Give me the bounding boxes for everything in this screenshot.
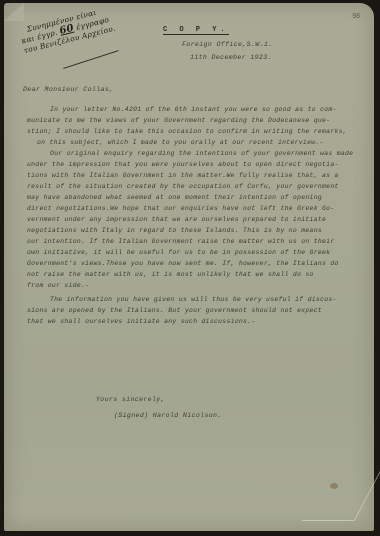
- closing: Yours sincerely,: [96, 396, 165, 404]
- page-number: 98: [352, 13, 360, 20]
- body-line: that we shall ourselves initiate any suc…: [27, 316, 367, 327]
- handwritten-underline: [63, 50, 118, 69]
- signature: (Signed) Harold Nicolson.: [114, 412, 222, 420]
- body-line: stion; I should like to take this occasi…: [27, 126, 367, 137]
- paper-crease: [301, 470, 380, 521]
- handwritten-annotation: Συνημμένον είναι και έγγρ. 60 έγγραφο το…: [18, 0, 132, 56]
- body-line: municate to me the views of your Governm…: [27, 115, 367, 126]
- letter-body: In your letter No.4201 of the 6th instan…: [27, 104, 367, 327]
- body-line: on this subject, which I made to you ora…: [27, 137, 367, 148]
- body-line: tions with the Italian Government in the…: [27, 170, 367, 181]
- body-line: under the impression that you were yours…: [27, 159, 367, 170]
- letter-date: 11th December 1923.: [190, 54, 272, 62]
- body-line: sions are opened by the Italians. But yo…: [27, 305, 367, 316]
- body-line: Our original enquiry regarding the inten…: [27, 148, 367, 159]
- document-page: 98 Συνημμένον είναι και έγγρ. 60 έγγραφο…: [4, 3, 374, 531]
- body-line: direct negotiations.We hope that our enq…: [27, 203, 367, 214]
- body-line: own initiative, it will be useful for us…: [27, 247, 367, 258]
- salutation: Dear Monsieur Collas,: [23, 86, 113, 94]
- body-line: negotiations with Italy in regard to the…: [27, 225, 367, 236]
- paper-stain: [330, 483, 338, 489]
- body-line: our intention. If the Italian Government…: [27, 236, 367, 247]
- sender-office: Foreign Office,S.W.1.: [182, 41, 272, 49]
- body-line: may have abandoned what seemed at one mo…: [27, 192, 367, 203]
- body-line: Government's views.These you have now se…: [27, 258, 367, 269]
- copy-heading: C O P Y.: [163, 26, 229, 35]
- body-line: result of the situation created by the o…: [27, 181, 367, 192]
- body-line: from our side.-: [27, 280, 367, 291]
- body-line: vernment under any impression that we ar…: [27, 214, 367, 225]
- body-line: not raise the matter with us, it is most…: [27, 269, 367, 280]
- body-line: In your letter No.4201 of the 6th instan…: [27, 104, 367, 115]
- body-line: The information you have given us will t…: [27, 294, 367, 305]
